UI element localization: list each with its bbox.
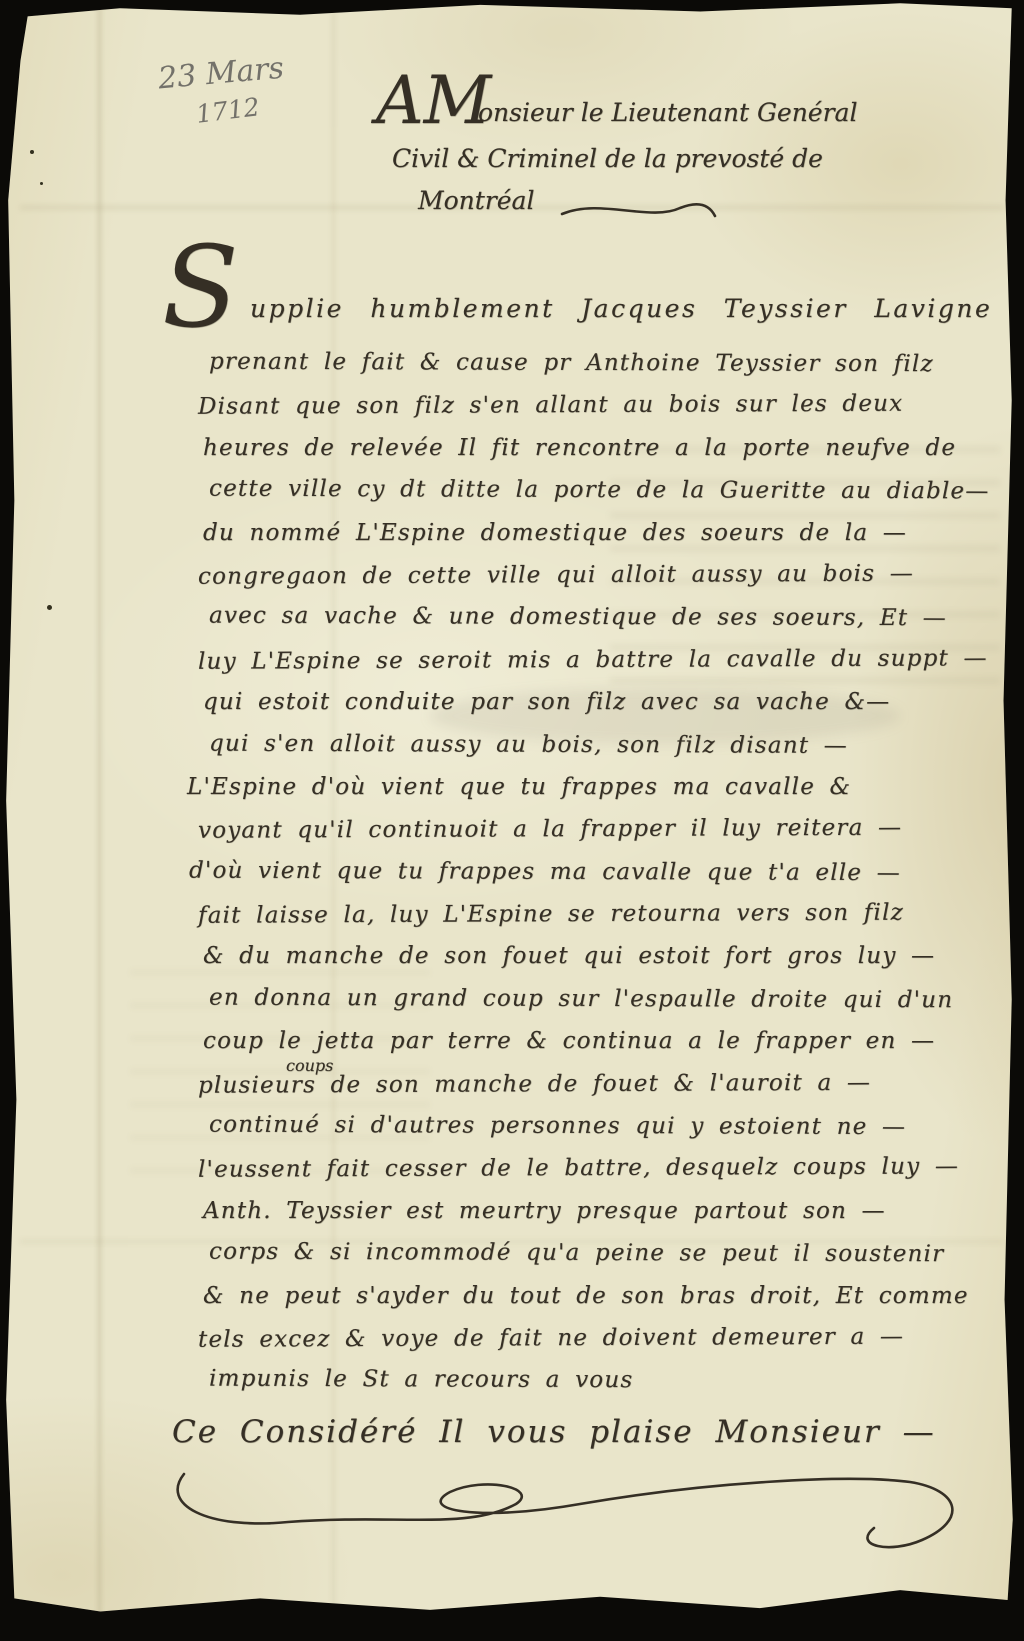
manuscript-line: heures de relevée Il fit rencontre a la …	[203, 435, 993, 477]
header-line-1: onsieur le Lieutenant Genéral	[478, 98, 857, 127]
manuscript-line: & ne peut s'ayder du tout de son bras dr…	[203, 1283, 993, 1325]
manuscript-line: plusieurs de son manche de fouet & l'aur…	[198, 1069, 993, 1115]
manuscript-line: fait laisse la, luy L'Espine se retourna…	[198, 899, 993, 945]
fold-crease	[98, 0, 101, 1641]
manuscript-line: prenant le fait & cause pr Anthoine Teys…	[209, 349, 993, 394]
manuscript-line: Anth. Teyssier est meurtry presque parto…	[203, 1198, 993, 1240]
manuscript-line: avec sa vache & une domestique de ses so…	[209, 603, 993, 648]
ink-speck	[30, 150, 34, 154]
manuscript-line: voyant qu'il continuoit a la frapper il …	[198, 815, 993, 861]
manuscript-line: luy L'Espine se seroit mis a battre la c…	[198, 645, 993, 691]
manuscript-line: qui estoit conduite par son filz avec sa…	[203, 689, 993, 731]
manuscript-line: du nommé L'Espine domestique des soeurs …	[203, 520, 993, 562]
date-annotation: 23 Mars	[157, 51, 286, 97]
manuscript-line: impunis le St a recours a vous	[209, 1366, 993, 1411]
manuscript-line: en donna un grand coup sur l'espaulle dr…	[209, 984, 993, 1029]
manuscript-line: l'eussent fait cesser de le battre, desq…	[198, 1154, 993, 1200]
manuscript-line: d'où vient que tu frappes ma cavalle que…	[189, 857, 993, 902]
manuscript-line: continué si d'autres personnes qui y est…	[209, 1112, 993, 1157]
paper-sheet: 23 Mars 1712 AM onsieur le Lieutenant Ge…	[0, 0, 1024, 1641]
header-initial: AM	[376, 68, 491, 134]
header-flourish	[560, 192, 720, 226]
interlinear-insertion: coups	[286, 1056, 333, 1075]
manuscript-line: Disant que son filz s'en allant au bois …	[198, 391, 993, 437]
scanned-manuscript: 23 Mars 1712 AM onsieur le Lieutenant Ge…	[0, 0, 1024, 1641]
manuscript-line: qui s'en alloit aussy au bois, son filz …	[209, 730, 993, 775]
manuscript-body: prenant le fait & cause pr Anthoine Teys…	[203, 350, 993, 1410]
manuscript-line: cette ville cy dt ditte la porte de la G…	[209, 476, 993, 521]
drop-cap-initial: S	[162, 232, 239, 344]
manuscript-line: tels excez & voye de fait ne doivent dem…	[198, 1323, 993, 1369]
manuscript-line: corps & si incommodé qu'a peine se peut …	[209, 1239, 993, 1284]
manuscript-line: L'Espine d'où vient que tu frappes ma ca…	[187, 774, 993, 816]
flourish-swash	[148, 1432, 988, 1602]
header-line-2: Civil & Criminel de la prevosté de	[392, 144, 823, 173]
manuscript-line: congregaon de cette ville qui alloit aus…	[198, 560, 993, 606]
ink-speck	[47, 605, 52, 610]
manuscript-line: & du manche de son fouet qui estoit fort…	[203, 943, 993, 985]
ink-speck	[40, 182, 43, 185]
date-annotation-year: 1712	[194, 92, 261, 129]
manuscript-line: upplie humblement Jacques Teyssier Lavig…	[250, 294, 992, 323]
header-line-3: Montréal	[418, 186, 534, 215]
